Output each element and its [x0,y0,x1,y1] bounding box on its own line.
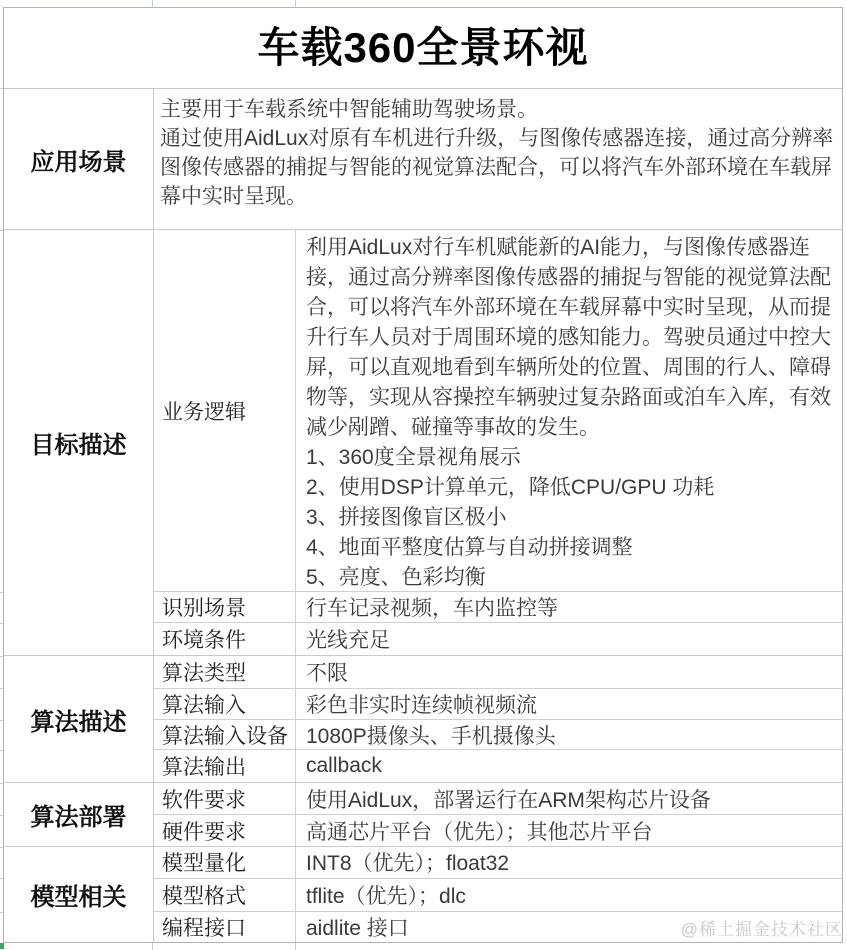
field-value: 使用AidLux，部署运行在ARM架构芯片设备 [296,783,842,814]
gridline-stub [0,88,3,89]
page: 车载360全景环视 应用场景 主要用于车载系统中智能辅助驾驶场景。 通过使用Ai… [0,0,847,950]
field-value: 高通芯片平台（优先）；其他芯片平台 [296,815,842,846]
field-label: 业务逻辑 [154,230,296,591]
field-value: 1080P摄像头、手机摄像头 [296,720,842,749]
field-label: 编程接口 [154,912,296,942]
gridline-stub [0,592,3,593]
section-label: 应用场景 [4,89,154,229]
gridline-stub [0,720,3,721]
section-label: 模型相关 [4,847,154,942]
gridline-stub [0,750,3,751]
gridline-stub-bottom-1 [152,943,153,950]
table-row: 业务逻辑 利用AidLux对行车机赋能新的AI能力，与图像传感器连接，通过高分辨… [154,230,842,591]
section-label: 目标描述 [4,230,154,655]
gridline-stub-top-1 [152,0,153,7]
gridline-stub [0,847,3,848]
gridline-stub-bottom-2 [295,943,296,950]
gridline-stub [0,815,3,816]
title-row: 车载360全景环视 [4,8,842,88]
field-label: 算法输入 [154,689,296,720]
gridline-stub [0,912,3,913]
paragraph: 主要用于车载系统中智能辅助驾驶场景。 [160,95,834,124]
section-algorithm-description: 算法描述 算法类型 不限 算法输入 彩色非实时连续帧视频流 算法输入设备 108… [4,655,842,782]
gridline-stub-top-2 [295,0,296,7]
field-label: 算法输出 [154,750,296,782]
field-label: 模型格式 [154,879,296,912]
table-row: 算法输入 彩色非实时连续帧视频流 [154,688,842,720]
gridline-stub [0,623,3,624]
field-value: 行车记录视频，车内监控等 [296,592,842,622]
selection-corner-artifact [0,943,4,949]
field-value: callback [296,750,842,782]
section-label: 算法部署 [4,783,154,846]
list-item: 4、地面平整度估算与自动拼接调整 [306,533,834,563]
section-algorithm-deployment: 算法部署 软件要求 使用AidLux，部署运行在ARM架构芯片设备 硬件要求 高… [4,782,842,846]
page-title: 车载360全景环视 [257,25,588,71]
section-application-scenario: 应用场景 主要用于车载系统中智能辅助驾驶场景。 通过使用AidLux对原有车机进… [4,88,842,229]
application-scenario-content: 主要用于车载系统中智能辅助驾驶场景。 通过使用AidLux对原有车机进行升级，与… [154,89,842,229]
field-label: 软件要求 [154,783,296,814]
table-row: 算法类型 不限 [154,656,842,688]
table-row: 环境条件 光线充足 [154,622,842,655]
field-value: 不限 [296,656,842,688]
list-item: 2、使用DSP计算单元，降低CPU/GPU 功耗 [306,473,834,503]
gridline-stub [0,878,3,879]
list-item: 1、360度全景视角展示 [306,443,834,473]
gridline-stub [0,688,3,689]
list-item: 3、拼接图像盲区极小 [306,503,834,533]
field-value: 彩色非实时连续帧视频流 [296,689,842,720]
business-logic-content: 利用AidLux对行车机赋能新的AI能力，与图像传感器连接，通过高分辨率图像传感… [296,230,842,591]
gridline-stub [0,656,3,657]
table-row: 模型量化 INT8（优先）；float32 [154,847,842,878]
field-label: 模型量化 [154,847,296,878]
spec-table: 车载360全景环视 应用场景 主要用于车载系统中智能辅助驾驶场景。 通过使用Ai… [3,7,843,943]
watermark: @稀土掘金技术社区 [681,915,843,940]
gridline-stub [0,230,3,231]
field-label: 算法类型 [154,656,296,688]
table-row: 模型格式 tflite（优先）；dlc [154,878,842,912]
field-label: 硬件要求 [154,815,296,846]
field-label: 识别场景 [154,592,296,622]
paragraph: 利用AidLux对行车机赋能新的AI能力，与图像传感器连接，通过高分辨率图像传感… [306,233,834,443]
table-row: 软件要求 使用AidLux，部署运行在ARM架构芯片设备 [154,783,842,814]
list-item: 5、亮度、色彩均衡 [306,563,834,593]
field-value: tflite（优先）；dlc [296,879,842,912]
paragraph: 通过使用AidLux对原有车机进行升级，与图像传感器连接，通过高分辨率图像传感器… [160,124,834,211]
field-value: 光线充足 [296,623,842,655]
section-label: 算法描述 [4,656,154,782]
table-row: 算法输出 callback [154,749,842,782]
table-row: 硬件要求 高通芯片平台（优先）；其他芯片平台 [154,814,842,846]
section-target-description: 目标描述 业务逻辑 利用AidLux对行车机赋能新的AI能力，与图像传感器连接，… [4,229,842,655]
gridline-stub [0,783,3,784]
field-label: 算法输入设备 [154,720,296,749]
table-row: 算法输入设备 1080P摄像头、手机摄像头 [154,719,842,749]
field-value: INT8（优先）；float32 [296,847,842,878]
table-row: 识别场景 行车记录视频，车内监控等 [154,591,842,622]
field-label: 环境条件 [154,623,296,655]
